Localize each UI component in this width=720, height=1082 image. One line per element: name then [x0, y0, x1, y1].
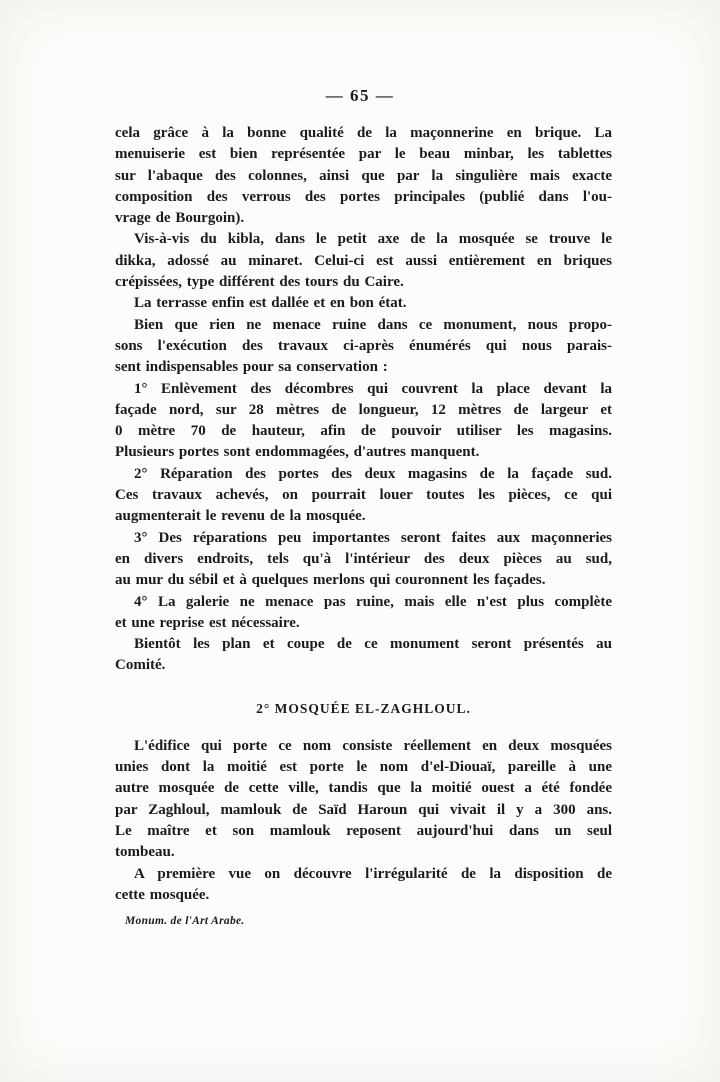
- scanned-book-page: — 65 — cela grâce à la bonne qualité de …: [0, 0, 720, 1082]
- text-line: au mur du sébil et à quelques merlons qu…: [115, 570, 612, 591]
- paragraph: Bientôt les plan et coupe de ce monument…: [115, 634, 612, 677]
- footnote-source: Monum. de l'Art Arabe.: [125, 915, 612, 927]
- text-line: Le maître et son mamlouk reposent aujour…: [115, 821, 612, 842]
- document-body: cela grâce à la bonne qualité de la maço…: [115, 123, 612, 927]
- text-line: sons l'exécution des travaux ci-après én…: [115, 336, 612, 357]
- section-heading: 2° MOSQUÉE EL-ZAGHLOUL.: [115, 701, 612, 717]
- text-line: tombeau.: [115, 842, 612, 863]
- paragraph: La terrasse enfin est dallée et en bon é…: [115, 293, 612, 314]
- text-line: composition des verrous des portes princ…: [115, 187, 612, 208]
- text-line: 3° Des réparations peu importantes seron…: [115, 528, 612, 549]
- text-line: cela grâce à la bonne qualité de la maço…: [115, 123, 612, 144]
- text-line: A première vue on découvre l'irrégularit…: [115, 864, 612, 885]
- text-line: sur l'abaque des colonnes, ainsi que par…: [115, 166, 612, 187]
- text-line: Bientôt les plan et coupe de ce monument…: [115, 634, 612, 655]
- text-line: cette mosquée.: [115, 885, 612, 906]
- text-line: crépissées, type différent des tours du …: [115, 272, 612, 293]
- paragraph: L'édifice qui porte ce nom consiste réel…: [115, 736, 612, 864]
- text-line: façade nord, sur 28 mètres de longueur, …: [115, 400, 612, 421]
- text-line: 0 mètre 70 de hauteur, afin de pouvoir u…: [115, 421, 612, 442]
- text-line: dikka, adossé au minaret. Celui-ci est a…: [115, 251, 612, 272]
- paragraph: 3° Des réparations peu importantes seron…: [115, 528, 612, 592]
- text-line: Bien que rien ne menace ruine dans ce mo…: [115, 315, 612, 336]
- text-line: et une reprise est nécessaire.: [115, 613, 612, 634]
- text-line: autre mosquée de cette ville, tandis que…: [115, 778, 612, 799]
- text-line: 4° La galerie ne menace pas ruine, mais …: [115, 592, 612, 613]
- text-line: unies dont la moitié est porte le nom d'…: [115, 757, 612, 778]
- paragraph: cela grâce à la bonne qualité de la maço…: [115, 123, 612, 229]
- paragraph: Bien que rien ne menace ruine dans ce mo…: [115, 315, 612, 379]
- paragraph: 4° La galerie ne menace pas ruine, mais …: [115, 592, 612, 635]
- text-line: Comité.: [115, 655, 612, 676]
- text-line: en divers endroits, tels qu'à l'intérieu…: [115, 549, 612, 570]
- paragraph: A première vue on découvre l'irrégularit…: [115, 864, 612, 907]
- text-line: par Zaghloul, mamlouk de Saïd Haroun qui…: [115, 800, 612, 821]
- paragraph: 2° Réparation des portes des deux magasi…: [115, 464, 612, 528]
- text-line: Plusieurs portes sont endommagées, d'aut…: [115, 442, 612, 463]
- text-line: Vis-à-vis du kibla, dans le petit axe de…: [115, 229, 612, 250]
- paragraph: 1° Enlèvement des décombres qui couvrent…: [115, 379, 612, 464]
- text-line: 2° Réparation des portes des deux magasi…: [115, 464, 612, 485]
- text-line: augmenterait le revenu de la mosquée.: [115, 506, 612, 527]
- paragraph: Vis-à-vis du kibla, dans le petit axe de…: [115, 229, 612, 293]
- text-line: 1° Enlèvement des décombres qui couvrent…: [115, 379, 612, 400]
- text-line: sent indispensables pour sa conservation…: [115, 357, 612, 378]
- text-line: L'édifice qui porte ce nom consiste réel…: [115, 736, 612, 757]
- text-line: menuiserie est bien représentée par le b…: [115, 144, 612, 165]
- page-number: — 65 —: [0, 86, 720, 106]
- text-line: La terrasse enfin est dallée et en bon é…: [115, 293, 612, 314]
- text-line: Ces travaux achevés, on pourrait louer t…: [115, 485, 612, 506]
- text-line: vrage de Bourgoin).: [115, 208, 612, 229]
